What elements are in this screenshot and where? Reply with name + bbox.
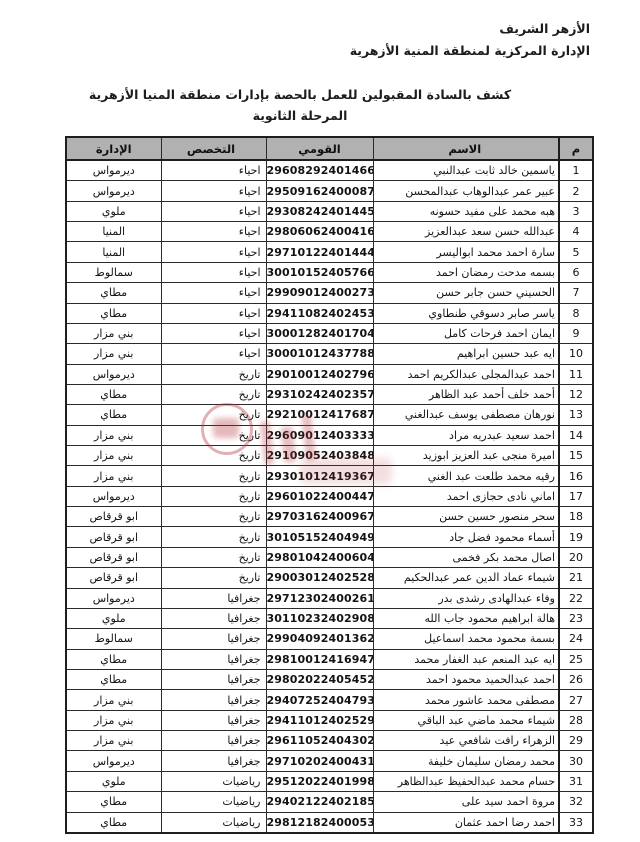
candidate-name-cell: وفاء عبدالهادى رشدى بدر bbox=[373, 588, 559, 608]
administration-cell: ديرمواس bbox=[66, 181, 161, 201]
administration-cell: المنيا bbox=[66, 222, 161, 242]
national-id-cell: 29109052403848 bbox=[266, 446, 373, 466]
table-row: 25 ايه عبد المنعم عبد الغفار محمد 298100… bbox=[66, 649, 593, 669]
row-number-cell: 33 bbox=[559, 812, 593, 833]
specialization-cell: احياء bbox=[161, 323, 266, 343]
candidate-name-cell: الحسيني حسن جابر حسن bbox=[373, 283, 559, 303]
table-row: 26 احمد عبدالحميد محمود احمد 29802022405… bbox=[66, 669, 593, 689]
row-number-cell: 1 bbox=[559, 160, 593, 181]
administration-cell: سمالوط bbox=[66, 629, 161, 649]
row-number-cell: 27 bbox=[559, 690, 593, 710]
row-number-cell: 21 bbox=[559, 568, 593, 588]
national-id-cell: 30110232402908 bbox=[266, 608, 373, 628]
candidate-name-cell: هبه محمد على مفيد حسونه bbox=[373, 201, 559, 221]
specialization-cell: جغرافيا bbox=[161, 649, 266, 669]
table-row: 1 ياسمين خالد ثابت عبدالنبي 296082924014… bbox=[66, 160, 593, 181]
table-row: 23 هالة ابراهيم محمود جاب الله 301102324… bbox=[66, 608, 593, 628]
table-row: 28 شيماء محمد ماضي عبد الباقي 2941101240… bbox=[66, 710, 593, 730]
candidate-name-cell: ايمان احمد فرحات كامل bbox=[373, 323, 559, 343]
specialization-cell: احياء bbox=[161, 262, 266, 282]
row-number-cell: 15 bbox=[559, 446, 593, 466]
administration-cell: بني مزار bbox=[66, 425, 161, 445]
administration-cell: مطاي bbox=[66, 405, 161, 425]
table-row: 10 ايه عبد حسين ابراهيم 300010124377882 … bbox=[66, 344, 593, 364]
specialization-cell: احياء bbox=[161, 283, 266, 303]
table-row: 14 احمد سعيد عبدريه مراد 29609012403333 … bbox=[66, 425, 593, 445]
row-number-cell: 25 bbox=[559, 649, 593, 669]
candidate-name-cell: اصال محمد بكر فخمى bbox=[373, 547, 559, 567]
row-number-cell: 2 bbox=[559, 181, 593, 201]
specialization-cell: تاريخ bbox=[161, 364, 266, 384]
row-number-cell: 9 bbox=[559, 323, 593, 343]
table-row: 22 وفاء عبدالهادى رشدى بدر 2971230240026… bbox=[66, 588, 593, 608]
row-number-cell: 31 bbox=[559, 771, 593, 791]
administration-cell: سمالوط bbox=[66, 262, 161, 282]
table-header-row: م الاسم القومي التخصص الإدارة bbox=[66, 137, 593, 160]
national-id-cell: 29411082402453 bbox=[266, 303, 373, 323]
col-header-num: م bbox=[559, 137, 593, 160]
national-id-cell: 29609012403333 bbox=[266, 425, 373, 445]
national-id-cell: 29601022400447 bbox=[266, 486, 373, 506]
administration-cell: ملوي bbox=[66, 608, 161, 628]
administration-cell: ابو قرقاص bbox=[66, 568, 161, 588]
administration-cell: مطاي bbox=[66, 792, 161, 812]
row-number-cell: 24 bbox=[559, 629, 593, 649]
candidate-name-cell: بسمه مدحت رمضان احمد bbox=[373, 262, 559, 282]
org-name-line: الأزهر الشريف bbox=[350, 18, 590, 40]
national-id-cell: 29608292401466 bbox=[266, 160, 373, 181]
specialization-cell: تاريخ bbox=[161, 405, 266, 425]
table-row: 5 سارة احمد محمد ابواليسر 29710122401444… bbox=[66, 242, 593, 262]
administration-cell: مطاي bbox=[66, 283, 161, 303]
specialization-cell: جغرافيا bbox=[161, 710, 266, 730]
national-id-cell: 29810012416947 bbox=[266, 649, 373, 669]
national-id-cell: 300010124377882 bbox=[266, 344, 373, 364]
table-row: 18 سحر منصور حسين حسن 29703162400967 تار… bbox=[66, 507, 593, 527]
national-id-cell: 30001282401704 bbox=[266, 323, 373, 343]
table-row: 7 الحسيني حسن جابر حسن 29909012400273 اح… bbox=[66, 283, 593, 303]
specialization-cell: تاريخ bbox=[161, 507, 266, 527]
national-id-cell: 29801042400604 bbox=[266, 547, 373, 567]
candidate-name-cell: مروة احمد سيد على bbox=[373, 792, 559, 812]
col-header-national-id: القومي bbox=[266, 137, 373, 160]
table-row: 20 اصال محمد بكر فخمى 29801042400604 تار… bbox=[66, 547, 593, 567]
specialization-cell: رياضيات bbox=[161, 792, 266, 812]
candidate-name-cell: محمد رمضان سليمان خليفة bbox=[373, 751, 559, 771]
administration-cell: ديرمواس bbox=[66, 751, 161, 771]
row-number-cell: 7 bbox=[559, 283, 593, 303]
specialization-cell: جغرافيا bbox=[161, 669, 266, 689]
administration-cell: مطاي bbox=[66, 812, 161, 833]
row-number-cell: 8 bbox=[559, 303, 593, 323]
candidate-name-cell: هالة ابراهيم محمود جاب الله bbox=[373, 608, 559, 628]
specialization-cell: تاريخ bbox=[161, 384, 266, 404]
administration-cell: بني مزار bbox=[66, 446, 161, 466]
national-id-cell: 29703162400967 bbox=[266, 507, 373, 527]
national-id-cell: 29904092401362 bbox=[266, 629, 373, 649]
row-number-cell: 23 bbox=[559, 608, 593, 628]
national-id-cell: 29509162400087 bbox=[266, 181, 373, 201]
candidate-name-cell: أحمد خلف أحمد عبد الظاهر bbox=[373, 384, 559, 404]
candidate-name-cell: اماني نادى حجازى احمد bbox=[373, 486, 559, 506]
candidate-name-cell: سحر منصور حسين حسن bbox=[373, 507, 559, 527]
national-id-cell: 29402122402185 bbox=[266, 792, 373, 812]
row-number-cell: 14 bbox=[559, 425, 593, 445]
candidate-name-cell: رقيه محمد طلعت عبد الغني bbox=[373, 466, 559, 486]
national-id-cell: 29802022405452 bbox=[266, 669, 373, 689]
table-row: 17 اماني نادى حجازى احمد 29601022400447 … bbox=[66, 486, 593, 506]
candidate-name-cell: احمد رضا احمد عثمان bbox=[373, 812, 559, 833]
table-row: 24 بسمة محمود محمد اسماعيل 2990409240136… bbox=[66, 629, 593, 649]
table-row: 33 احمد رضا احمد عثمان 29812182400053 ري… bbox=[66, 812, 593, 833]
row-number-cell: 28 bbox=[559, 710, 593, 730]
administration-cell: ابو قرقاص bbox=[66, 527, 161, 547]
administration-cell: ديرمواس bbox=[66, 160, 161, 181]
administration-cell: بني مزار bbox=[66, 690, 161, 710]
row-number-cell: 32 bbox=[559, 792, 593, 812]
table-row: 12 أحمد خلف أحمد عبد الظاهر 293102424023… bbox=[66, 384, 593, 404]
administration-cell: ملوي bbox=[66, 771, 161, 791]
table-row: 30 محمد رمضان سليمان خليفة 2971020240043… bbox=[66, 751, 593, 771]
administration-cell: ديرمواس bbox=[66, 364, 161, 384]
administration-cell: بني مزار bbox=[66, 731, 161, 751]
table-row: 31 حسام محمد عبدالحفيظ عبدالظاهر 2951202… bbox=[66, 771, 593, 791]
row-number-cell: 3 bbox=[559, 201, 593, 221]
specialization-cell: احياء bbox=[161, 222, 266, 242]
candidate-name-cell: احمد عبدالحميد محمود احمد bbox=[373, 669, 559, 689]
administration-cell: مطاي bbox=[66, 649, 161, 669]
specialization-cell: جغرافيا bbox=[161, 629, 266, 649]
org-header: الأزهر الشريف الإدارة المركزية لمنطقة ال… bbox=[350, 18, 590, 62]
table-row: 2 عبير عمر عبدالوهاب عبدالمحسن 295091624… bbox=[66, 181, 593, 201]
specialization-cell: تاريخ bbox=[161, 425, 266, 445]
national-id-cell: 29411012402529 bbox=[266, 710, 373, 730]
specialization-cell: احياء bbox=[161, 242, 266, 262]
row-number-cell: 12 bbox=[559, 384, 593, 404]
administration-cell: بني مزار bbox=[66, 710, 161, 730]
table-row: 15 اميرة منجى عبد العزيز ابوزيد 29109052… bbox=[66, 446, 593, 466]
table-row: 8 ياسر صابر دسوقي طنطاوي 29411082402453 … bbox=[66, 303, 593, 323]
org-admin-line: الإدارة المركزية لمنطقة المنية الأزهرية bbox=[350, 40, 590, 62]
specialization-cell: رياضيات bbox=[161, 771, 266, 791]
table-row: 4 عبدالله حسن سعد عبدالعزيز 298060624004… bbox=[66, 222, 593, 242]
candidate-name-cell: مصطفى محمد عاشور محمد bbox=[373, 690, 559, 710]
candidate-name-cell: عبير عمر عبدالوهاب عبدالمحسن bbox=[373, 181, 559, 201]
candidate-name-cell: احمد سعيد عبدريه مراد bbox=[373, 425, 559, 445]
national-id-cell: 29407252404793 bbox=[266, 690, 373, 710]
row-number-cell: 30 bbox=[559, 751, 593, 771]
candidate-name-cell: شيماء محمد ماضي عبد الباقي bbox=[373, 710, 559, 730]
specialization-cell: تاريخ bbox=[161, 547, 266, 567]
candidate-name-cell: حسام محمد عبدالحفيظ عبدالظاهر bbox=[373, 771, 559, 791]
specialization-cell: جغرافيا bbox=[161, 608, 266, 628]
row-number-cell: 13 bbox=[559, 405, 593, 425]
candidate-name-cell: ياسر صابر دسوقي طنطاوي bbox=[373, 303, 559, 323]
table-row: 3 هبه محمد على مفيد حسونه 29308242401445… bbox=[66, 201, 593, 221]
table-row: 6 بسمه مدحت رمضان احمد 30010152405766 اح… bbox=[66, 262, 593, 282]
national-id-cell: 29003012402528 bbox=[266, 568, 373, 588]
row-number-cell: 19 bbox=[559, 527, 593, 547]
col-header-administration: الإدارة bbox=[66, 137, 161, 160]
administration-cell: مطاي bbox=[66, 303, 161, 323]
candidate-name-cell: بسمة محمود محمد اسماعيل bbox=[373, 629, 559, 649]
administration-cell: بني مزار bbox=[66, 344, 161, 364]
national-id-cell: 30105152404949 bbox=[266, 527, 373, 547]
doc-title: كشف بالسادة المقبولين للعمل بالحصة بإدار… bbox=[65, 84, 535, 105]
row-number-cell: 10 bbox=[559, 344, 593, 364]
administration-cell: ديرمواس bbox=[66, 588, 161, 608]
candidate-name-cell: ايه عبد المنعم عبد الغفار محمد bbox=[373, 649, 559, 669]
row-number-cell: 5 bbox=[559, 242, 593, 262]
specialization-cell: احياء bbox=[161, 303, 266, 323]
national-id-cell: 29010012402796 bbox=[266, 364, 373, 384]
specialization-cell: احياء bbox=[161, 201, 266, 221]
specialization-cell: تاريخ bbox=[161, 486, 266, 506]
table-row: 13 نورهان مصطفى يوسف عبدالغني 2921001241… bbox=[66, 405, 593, 425]
candidate-name-cell: ياسمين خالد ثابت عبدالنبي bbox=[373, 160, 559, 181]
candidate-name-cell: ايه عبد حسين ابراهيم bbox=[373, 344, 559, 364]
row-number-cell: 22 bbox=[559, 588, 593, 608]
specialization-cell: تاريخ bbox=[161, 446, 266, 466]
administration-cell: ابو قرقاص bbox=[66, 507, 161, 527]
specialization-cell: جغرافيا bbox=[161, 690, 266, 710]
national-id-cell: 29308242401445 bbox=[266, 201, 373, 221]
title-block: كشف بالسادة المقبولين للعمل بالحصة بإدار… bbox=[65, 84, 535, 126]
candidate-name-cell: نورهان مصطفى يوسف عبدالغني bbox=[373, 405, 559, 425]
national-id-cell: 29909012400273 bbox=[266, 283, 373, 303]
table-row: 32 مروة احمد سيد على 29402122402185 رياض… bbox=[66, 792, 593, 812]
table-row: 29 الزهراء رافت شافعي عيد 29611052404302… bbox=[66, 731, 593, 751]
national-id-cell: 29710122401444 bbox=[266, 242, 373, 262]
candidate-name-cell: شيماء عماد الدين عمر عبدالحكيم bbox=[373, 568, 559, 588]
row-number-cell: 6 bbox=[559, 262, 593, 282]
doc-subtitle: المرحلة الثانوية bbox=[65, 105, 535, 126]
row-number-cell: 29 bbox=[559, 731, 593, 751]
candidate-name-cell: سارة احمد محمد ابواليسر bbox=[373, 242, 559, 262]
administration-cell: بني مزار bbox=[66, 466, 161, 486]
row-number-cell: 16 bbox=[559, 466, 593, 486]
candidate-name-cell: أسماء محمود فضل جاد bbox=[373, 527, 559, 547]
national-id-cell: 29712302400261 bbox=[266, 588, 373, 608]
row-number-cell: 18 bbox=[559, 507, 593, 527]
table-row: 21 شيماء عماد الدين عمر عبدالحكيم 290030… bbox=[66, 568, 593, 588]
table-row: 16 رقيه محمد طلعت عبد الغني 293010124193… bbox=[66, 466, 593, 486]
national-id-cell: 29310242402357 bbox=[266, 384, 373, 404]
specialization-cell: جغرافيا bbox=[161, 588, 266, 608]
national-id-cell: 29301012419367 bbox=[266, 466, 373, 486]
candidate-name-cell: اميرة منجى عبد العزيز ابوزيد bbox=[373, 446, 559, 466]
national-id-cell: 29611052404302 bbox=[266, 731, 373, 751]
row-number-cell: 11 bbox=[559, 364, 593, 384]
specialization-cell: جغرافيا bbox=[161, 731, 266, 751]
administration-cell: بني مزار bbox=[66, 323, 161, 343]
candidates-table: م الاسم القومي التخصص الإدارة 1 ياسمين خ… bbox=[65, 136, 594, 834]
table-row: 27 مصطفى محمد عاشور محمد 29407252404793 … bbox=[66, 690, 593, 710]
table-row: 19 أسماء محمود فضل جاد 30105152404949 تا… bbox=[66, 527, 593, 547]
col-header-specialization: التخصص bbox=[161, 137, 266, 160]
specialization-cell: تاريخ bbox=[161, 527, 266, 547]
specialization-cell: رياضيات bbox=[161, 812, 266, 833]
specialization-cell: تاريخ bbox=[161, 466, 266, 486]
national-id-cell: 29806062400416 bbox=[266, 222, 373, 242]
specialization-cell: تاريخ bbox=[161, 568, 266, 588]
table-row: 11 احمد عبدالمجلى عبدالكريم احمد 2901001… bbox=[66, 364, 593, 384]
candidate-name-cell: الزهراء رافت شافعي عيد bbox=[373, 731, 559, 751]
row-number-cell: 20 bbox=[559, 547, 593, 567]
col-header-name: الاسم bbox=[373, 137, 559, 160]
administration-cell: ملوي bbox=[66, 201, 161, 221]
specialization-cell: احياء bbox=[161, 181, 266, 201]
administration-cell: مطاي bbox=[66, 384, 161, 404]
row-number-cell: 4 bbox=[559, 222, 593, 242]
national-id-cell: 29210012417687 bbox=[266, 405, 373, 425]
administration-cell: ديرمواس bbox=[66, 486, 161, 506]
row-number-cell: 17 bbox=[559, 486, 593, 506]
scanned-document-page: { "document": { "org_line1": "الأزهر الش… bbox=[0, 0, 640, 842]
national-id-cell: 29710202400431 bbox=[266, 751, 373, 771]
administration-cell: ابو قرقاص bbox=[66, 547, 161, 567]
candidate-name-cell: عبدالله حسن سعد عبدالعزيز bbox=[373, 222, 559, 242]
administration-cell: المنيا bbox=[66, 242, 161, 262]
national-id-cell: 29812182400053 bbox=[266, 812, 373, 833]
administration-cell: مطاي bbox=[66, 669, 161, 689]
national-id-cell: 29512022401998 bbox=[266, 771, 373, 791]
specialization-cell: احياء bbox=[161, 160, 266, 181]
specialization-cell: جغرافيا bbox=[161, 751, 266, 771]
specialization-cell: احياء bbox=[161, 344, 266, 364]
row-number-cell: 26 bbox=[559, 669, 593, 689]
candidate-name-cell: احمد عبدالمجلى عبدالكريم احمد bbox=[373, 364, 559, 384]
national-id-cell: 30010152405766 bbox=[266, 262, 373, 282]
table-row: 9 ايمان احمد فرحات كامل 30001282401704 ا… bbox=[66, 323, 593, 343]
